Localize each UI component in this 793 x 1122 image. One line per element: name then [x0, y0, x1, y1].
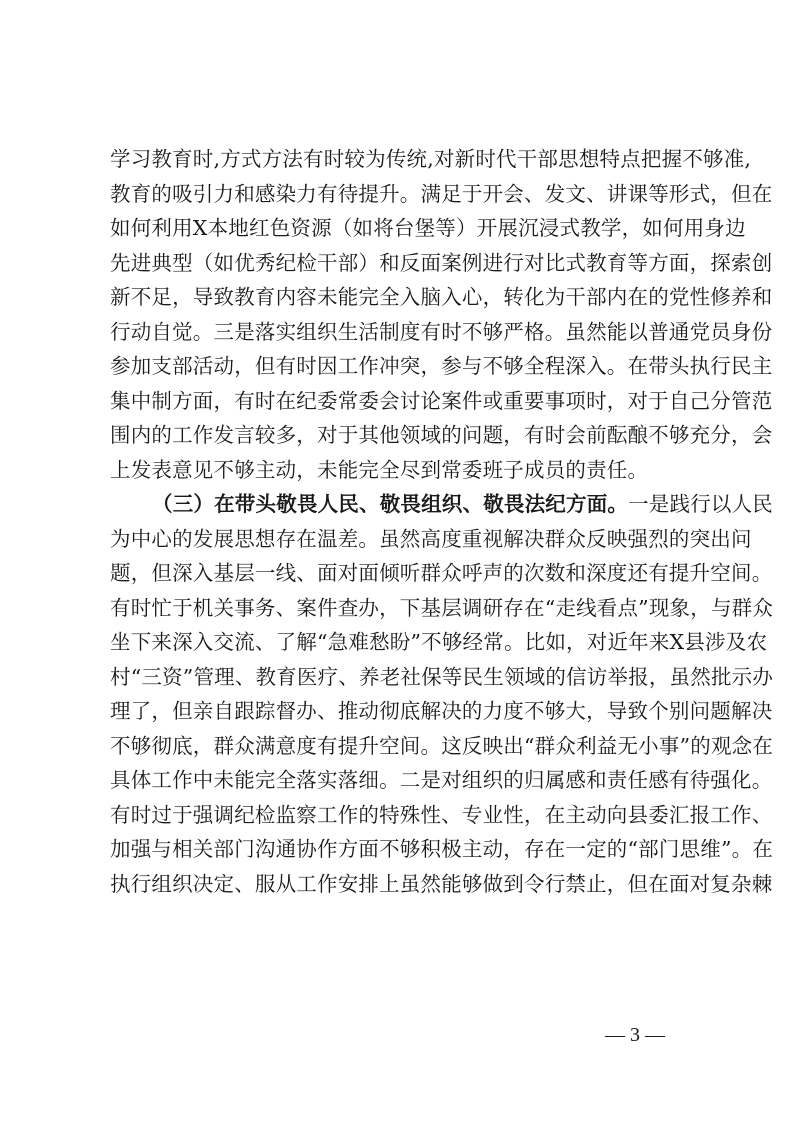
text-line: 有时忙于机关事务、案件查办，下基层调研存在“走线看点”现象，与群众	[110, 591, 682, 626]
text-run: 一是践行以人民	[628, 492, 773, 516]
page-number: — 3 —	[600, 1024, 670, 1047]
text-line: 行动自觉。三是落实组织生活制度有时不够严格。虽然能以普通党员身份	[110, 315, 682, 350]
text-line: 村“三资”管理、教育医疗、养老社保等民生领域的信访举报，虽然批示办	[110, 660, 682, 695]
text-line: 参加支部活动，但有时因工作冲突，参与不够全程深入。在带头执行民主	[110, 349, 682, 384]
text-line: 集中制方面，有时在纪委常委会讨论案件或重要事项时，对于自己分管范	[110, 384, 682, 419]
text-line: 为中心的发展思想存在温差。虽然高度重视解决群众反映强烈的突出问	[110, 522, 682, 557]
text-line: 理了，但亲自跟踪督办、推动彻底解决的力度不够大，导致个别问题解决	[110, 694, 682, 729]
paragraph-2: （三）在带头敬畏人民、敬畏组织、敬畏法纪方面。一是践行以人民 为中心的发展思想存…	[110, 487, 682, 901]
text-line: 教育的吸引力和感染力有待提升。满足于开会、发文、讲课等形式，但在	[110, 177, 682, 212]
text-line: 坐下来深入交流、了解“急难愁盼”不够经常。比如，对近年来X县涉及农	[110, 625, 682, 660]
text-line: 围内的工作发言较多，对于其他领域的问题，有时会前酝酿不够充分，会	[110, 418, 682, 453]
text-line: 上发表意见不够主动，未能完全尽到常委班子成员的责任。	[110, 453, 682, 488]
text-line: 不够彻底，群众满意度有提升空间。这反映出“群众利益无小事”的观念在	[110, 729, 682, 764]
text-line: 先进典型（如优秀纪检干部）和反面案例进行对比式教育等方面，探索创	[110, 246, 682, 281]
text-line: 如何利用X本地红色资源（如将台堡等）开展沉浸式教学，如何用身边	[110, 211, 682, 246]
text-line: 具体工作中未能完全落实落细。二是对组织的归属感和责任感有待强化。	[110, 763, 682, 798]
section-heading: （三）在带头敬畏人民、敬畏组织、敬畏法纪方面。	[152, 492, 628, 516]
text-line: 有时过于强调纪检监察工作的特殊性、专业性，在主动向县委汇报工作、	[110, 798, 682, 833]
document-page: 学习教育时,方式方法有时较为传统,对新时代干部思想特点把握不够准, 教育的吸引力…	[0, 0, 793, 1122]
text-line: 题，但深入基层一线、面对面倾听群众呼声的次数和深度还有提升空间。	[110, 556, 682, 591]
paragraph-first-line: （三）在带头敬畏人民、敬畏组织、敬畏法纪方面。一是践行以人民	[110, 487, 682, 522]
text-line: 加强与相关部门沟通协作方面不够积极主动，存在一定的“部门思维”。在	[110, 832, 682, 867]
text-line: 执行组织决定、服从工作安排上虽然能够做到令行禁止，但在面对复杂棘	[110, 867, 682, 902]
text-line: 新不足，导致教育内容未能完全入脑入心，转化为干部内在的党性修养和	[110, 280, 682, 315]
text-line: 学习教育时,方式方法有时较为传统,对新时代干部思想特点把握不够准,	[110, 142, 682, 177]
paragraph-1: 学习教育时,方式方法有时较为传统,对新时代干部思想特点把握不够准, 教育的吸引力…	[110, 142, 682, 487]
document-body: 学习教育时,方式方法有时较为传统,对新时代干部思想特点把握不够准, 教育的吸引力…	[110, 142, 682, 901]
